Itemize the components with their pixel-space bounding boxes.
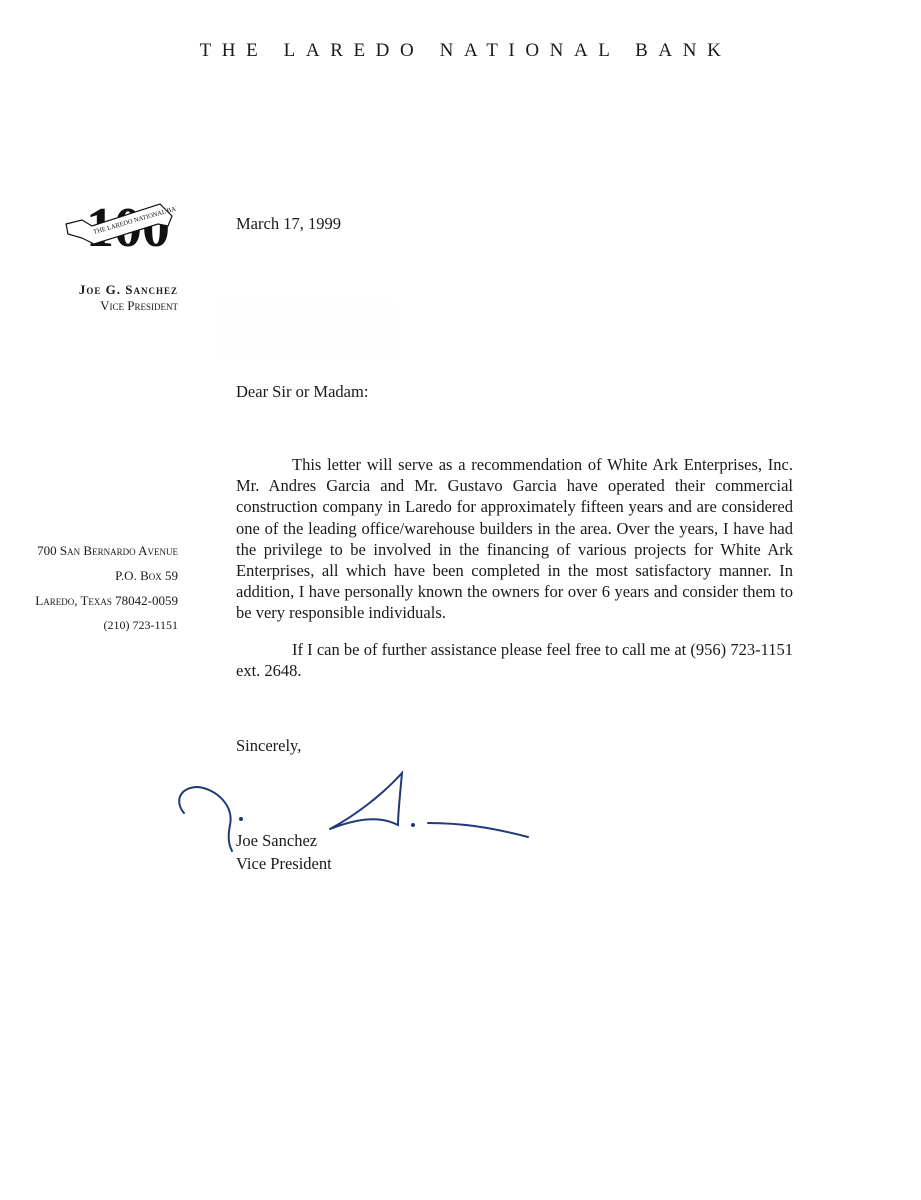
address-city: Laredo, Texas 78042-0059 xyxy=(35,588,178,613)
signer-name: Joe Sanchez xyxy=(236,829,332,852)
signature-icon xyxy=(170,765,540,855)
bank-address: 700 San Bernardo Avenue P.O. Box 59 Lare… xyxy=(35,538,178,638)
redacted-area xyxy=(215,298,395,360)
address-phone: (210) 723-1151 xyxy=(35,613,178,638)
centennial-logo-icon: 100 THE LAREDO NATIONAL BANK xyxy=(64,194,176,254)
salutation: Dear Sir or Madam: xyxy=(236,382,368,402)
signer-title: Vice President xyxy=(236,852,332,875)
letter-body: This letter will serve as a recommendati… xyxy=(236,454,793,696)
body-paragraph: If I can be of further assistance please… xyxy=(236,639,793,681)
address-street: 700 San Bernardo Avenue xyxy=(35,538,178,563)
letterhead-bank-name: THE LAREDO NATIONAL BANK xyxy=(0,40,921,62)
officer-title: Vice President xyxy=(79,298,178,314)
letter-date: March 17, 1999 xyxy=(236,214,341,234)
officer-block: Joe G. Sanchez Vice President xyxy=(79,282,178,314)
closing: Sincerely, xyxy=(236,736,301,756)
signer-block: Joe Sanchez Vice President xyxy=(236,829,332,875)
address-po-box: P.O. Box 59 xyxy=(35,563,178,588)
officer-name: Joe G. Sanchez xyxy=(79,282,178,298)
body-paragraph: This letter will serve as a recommendati… xyxy=(236,454,793,624)
